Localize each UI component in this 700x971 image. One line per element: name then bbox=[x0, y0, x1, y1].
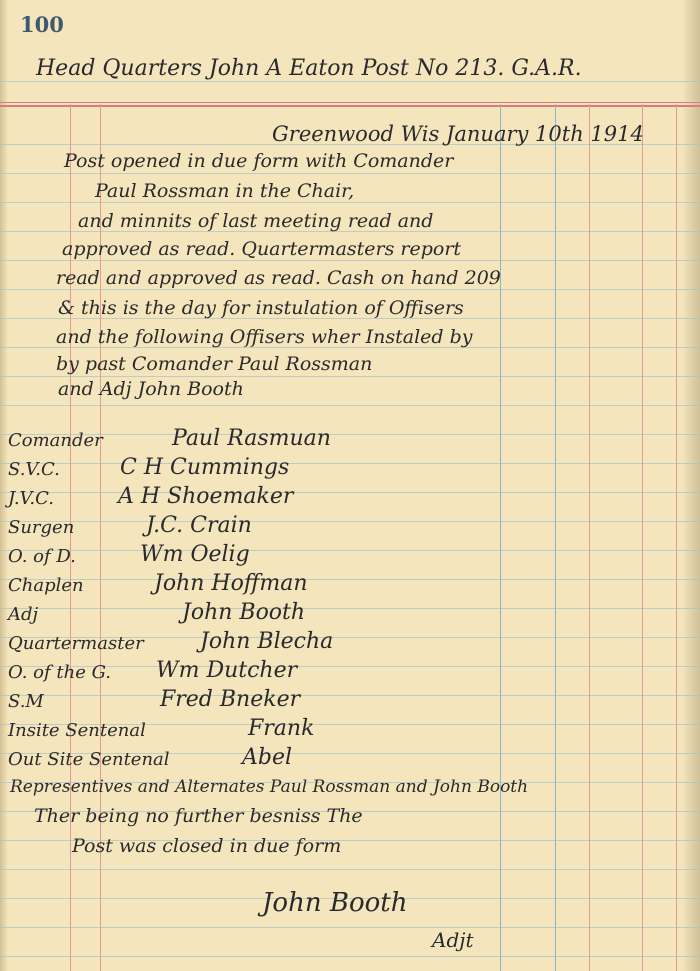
page-number: 100 bbox=[20, 12, 64, 37]
column-rule bbox=[642, 104, 643, 971]
officer-title: S.M bbox=[8, 691, 44, 712]
officer-title: Chaplen bbox=[8, 575, 84, 596]
ruled-line bbox=[0, 608, 700, 609]
officer-title: Comander bbox=[8, 430, 103, 451]
officer-name: Paul Rasmuan bbox=[172, 426, 331, 451]
column-rule bbox=[589, 104, 590, 971]
officer-name: Wm Dutcher bbox=[156, 658, 297, 683]
officer-name: Wm Oelig bbox=[140, 542, 250, 567]
minutes-line: Post opened in due form with Comander bbox=[64, 150, 453, 172]
signature: John Booth bbox=[262, 888, 407, 918]
officer-name: C H Cummings bbox=[120, 455, 289, 480]
officer-title: Insite Sentenal bbox=[8, 720, 146, 741]
closing-line: Representives and Alternates Paul Rossma… bbox=[10, 777, 528, 797]
header-double-rule bbox=[0, 102, 700, 107]
officer-name: Fred Bneker bbox=[160, 687, 300, 712]
ruled-line bbox=[0, 579, 700, 580]
ruled-line bbox=[0, 405, 700, 406]
ruled-line bbox=[0, 869, 700, 870]
officer-title: Surgen bbox=[8, 517, 74, 538]
ledger-page: 100 Head Quarters John A Eaton Post No 2… bbox=[0, 0, 700, 971]
officer-name: Abel bbox=[242, 745, 292, 770]
minutes-line: Paul Rossman in the Chair, bbox=[95, 180, 354, 202]
minutes-line: and minnits of last meeting read and bbox=[78, 210, 433, 232]
officer-name: J.C. Crain bbox=[146, 513, 252, 538]
closing-line: Ther being no further besniss The bbox=[34, 805, 363, 827]
officer-name: John Hoffman bbox=[154, 571, 308, 596]
officer-title: J.V.C. bbox=[8, 488, 54, 509]
officer-title: O. of the G. bbox=[8, 662, 111, 683]
ruled-line bbox=[0, 173, 700, 174]
column-rule bbox=[555, 104, 556, 971]
ruled-line bbox=[0, 260, 700, 261]
officer-name: Frank bbox=[248, 716, 314, 741]
officer-title: S.V.C. bbox=[8, 459, 60, 480]
ruled-line bbox=[0, 376, 700, 377]
place-date: Greenwood Wis January 10th 1914 bbox=[272, 122, 644, 146]
officer-name: John Booth bbox=[182, 600, 305, 625]
ruled-line bbox=[0, 956, 700, 957]
column-rule bbox=[676, 104, 677, 971]
signature-title: Adjt bbox=[432, 928, 473, 952]
closing-line: Post was closed in due form bbox=[72, 835, 341, 857]
officer-name: John Blecha bbox=[200, 629, 333, 654]
minutes-line: approved as read. Quartermasters report bbox=[62, 238, 461, 260]
ruled-line bbox=[0, 463, 700, 464]
officer-title: O. of D. bbox=[8, 546, 76, 567]
minutes-line: and the following Offisers wher Instaled… bbox=[56, 326, 473, 348]
page-heading: Head Quarters John A Eaton Post No 213. … bbox=[36, 56, 582, 81]
ruled-line bbox=[0, 492, 700, 493]
minutes-line: and Adj John Booth bbox=[58, 378, 244, 400]
officer-name: A H Shoemaker bbox=[118, 484, 293, 509]
officer-title: Out Site Sentenal bbox=[8, 749, 170, 770]
ruled-line bbox=[0, 550, 700, 551]
column-rule bbox=[500, 104, 501, 971]
ruled-line bbox=[0, 202, 700, 203]
ruled-line bbox=[0, 695, 700, 696]
ruled-line bbox=[0, 434, 700, 435]
minutes-line: & this is the day for instulation of Off… bbox=[58, 297, 464, 319]
minutes-line: by past Comander Paul Rossman bbox=[56, 353, 372, 375]
officer-title: Quartermaster bbox=[8, 633, 144, 654]
ruled-line bbox=[0, 521, 700, 522]
ruled-line bbox=[0, 927, 700, 928]
minutes-line: read and approved as read. Cash on hand … bbox=[56, 267, 501, 289]
officer-title: Adj bbox=[8, 604, 38, 625]
ruled-line bbox=[0, 289, 700, 290]
ruled-line bbox=[0, 81, 700, 82]
